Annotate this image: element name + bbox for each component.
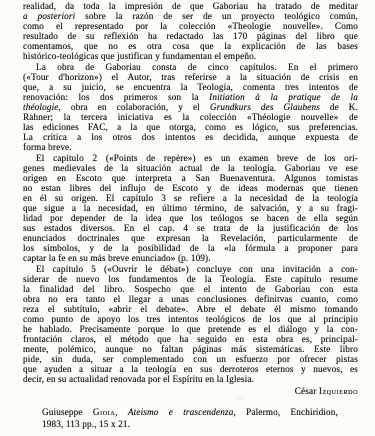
review-paragraph: La obra de Gaboriau consta de cinco capí… — [23, 62, 358, 152]
review-paragraph: El capítulo 2 («Points de repère») es un… — [23, 153, 358, 263]
text-line: captar la fe en su más breve enunciado» … — [23, 253, 358, 263]
italic-run: a posteriori — [23, 11, 75, 21]
text-line: como el representado por la colección «T… — [23, 21, 358, 31]
italic-run: Ateismo e trascendenza — [128, 407, 234, 417]
text-line: El capítulo 2 («Points de repère») es un… — [23, 153, 358, 163]
text-line: a posteriori sobre la razón de ser de un… — [23, 11, 358, 21]
text-line: en él su origen. El capítulo 3 se refier… — [23, 193, 358, 203]
text-line: realidad, da toda la impresión de que Ga… — [23, 1, 358, 11]
text-run: como punto de apoyo los tres intentos te… — [23, 314, 358, 324]
text-run: lidad por depender de la idea que los te… — [23, 213, 358, 223]
text-line: enunciados doctrinales que expresan la R… — [23, 233, 358, 243]
text-run: («Tour d'horizon») el Autor, tras referi… — [23, 72, 358, 82]
text-run: enunciados doctrinales que expresan la R… — [23, 233, 358, 243]
text-line: resultado de su reflexión ha redactado l… — [23, 31, 358, 41]
text-run: origen en Escoto que interpreta a San Bu… — [23, 173, 358, 183]
text-line: La obra de Gaboriau consta de cinco capí… — [23, 62, 358, 72]
text-line: Guiuseppe Gioia, Ateismo e trascendenza,… — [42, 406, 338, 418]
review-paragraph: El capítulo 5 («Ouvrir le débat») conclu… — [23, 264, 358, 384]
text-run: , obra en colaboración, y el — [59, 102, 210, 112]
text-run: El capítulo 5 («Ouvrir le débat») conclu… — [36, 264, 358, 274]
text-run: 1983, 113 pp., 15 x 21. — [42, 419, 130, 429]
text-line: mente, polémico, aunque no faltan página… — [23, 344, 358, 354]
text-run: las ediciones FAC, a la que otorga, como… — [23, 122, 358, 132]
text-run: la finalidad del libro. Sospecho que el … — [23, 284, 358, 294]
text-run: mente, polémico, aunque no faltan página… — [23, 344, 358, 354]
scanned-page: realidad, da toda la impresión de que Ga… — [0, 0, 375, 436]
text-line: obra no era tanto el llegar a unas concl… — [23, 294, 358, 304]
text-line: decir, en su actualidad renovada por el … — [23, 374, 358, 384]
text-line: La crítica a los otros dos intentos es d… — [23, 132, 358, 142]
text-line: genes medievales de la situación actual … — [23, 163, 358, 173]
text-line: comentamos, que no es otra cosa que la e… — [23, 41, 358, 51]
review-body: realidad, da toda la impresión de que Ga… — [23, 1, 358, 384]
text-line: Rahner; la tercera iniciativa es la cole… — [23, 112, 358, 122]
italic-run: théologie — [23, 102, 59, 112]
smallcaps-run: Gioia — [93, 407, 115, 417]
text-run: Guiuseppe — [42, 407, 93, 417]
text-run: siderar de nuevo los fundamentos de la T… — [23, 274, 358, 284]
text-run: comentamos, que no es otra cosa que la e… — [23, 41, 358, 51]
text-line: sus estados diversos. En el cap. 4 se tr… — [23, 223, 358, 233]
text-line: que, a su juicio, se encuentra la Teolog… — [23, 82, 358, 92]
text-line: los símbolos, y de la posibilidad de la … — [23, 243, 358, 253]
text-line: que ayuden a situar a la teología en sus… — [23, 364, 358, 374]
scan-artifact — [236, 397, 244, 400]
text-run: sobre la razón de ser de un proyecto teo… — [75, 11, 358, 21]
text-line: 1983, 113 pp., 15 x 21. — [42, 418, 338, 430]
text-line: siderar de nuevo los fundamentos de la T… — [23, 274, 358, 284]
text-run: resultado de su reflexión ha redactado l… — [23, 31, 358, 41]
text-run: como el representado por la colección «T… — [23, 21, 358, 31]
text-run: , Palermo, Enchiridion, — [234, 407, 339, 417]
text-run: renovación: los dos primeros son la — [23, 92, 209, 102]
smallcaps-run: Izquierdo — [319, 386, 358, 396]
text-run: reza el subtítulo, «abrir el debate». Ab… — [23, 304, 358, 314]
text-run: captar la fe en su más breve enunciado» … — [23, 253, 211, 263]
review-paragraph: realidad, da toda la impresión de que Ga… — [23, 1, 358, 61]
text-run: de K. — [320, 102, 358, 112]
text-run: que, a su juicio, se encuentra la Teolog… — [23, 82, 358, 92]
text-line: El capítulo 5 («Ouvrir le débat») conclu… — [23, 264, 358, 274]
text-run: El capítulo 2 («Points de repère») es un… — [36, 153, 358, 163]
text-line: renovación: los dos primeros son la Init… — [23, 92, 358, 102]
text-run: que sigue a la necesidad, en último térm… — [23, 203, 358, 213]
text-run: frontación claros, el método que ha segu… — [23, 334, 358, 344]
text-run: los símbolos, y de la posibilidad de la … — [23, 243, 358, 253]
text-line: la finalidad del libro. Sospecho que el … — [23, 284, 358, 294]
text-line: las ediciones FAC, a la que otorga, como… — [23, 122, 358, 132]
italic-run: Grundkurs des Glaubens — [210, 102, 320, 112]
text-line: frontación claros, el método que ha segu… — [23, 334, 358, 344]
text-run: en él su origen. El capítulo 3 se refier… — [23, 193, 358, 203]
text-run: Rahner; la tercera iniciativa es la cole… — [23, 112, 358, 122]
text-run: histórico-teológicas que justifican y fu… — [23, 51, 256, 61]
text-line: forma breve. — [23, 142, 358, 152]
italic-run: Initiation à la pratique de la — [209, 92, 358, 102]
text-run: La obra de Gaboriau consta de cinco capí… — [36, 62, 358, 72]
text-line: lidad por depender de la idea que los te… — [23, 213, 358, 223]
text-run: genes medievales de la situación actual … — [23, 163, 358, 173]
text-line: histórico-teológicas que justifican y fu… — [23, 51, 358, 61]
text-line: reza el subtítulo, «abrir el debate». Ab… — [23, 304, 358, 314]
text-run: La crítica a los otros dos intentos es d… — [23, 132, 358, 142]
text-run: forma breve. — [23, 142, 72, 152]
text-line: («Tour d'horizon») el Autor, tras referi… — [23, 72, 358, 82]
text-run: pide, sin duda, ser complementado con un… — [23, 354, 358, 364]
text-run: César — [295, 386, 319, 396]
text-run: que ayuden a situar a la teología en sus… — [23, 364, 358, 374]
text-run: sus estados diversos. En el cap. 4 se tr… — [23, 223, 358, 233]
text-line: théologie, obra en colaboración, y el Gr… — [23, 102, 358, 112]
text-line: que sigue a la necesidad, en último térm… — [23, 203, 358, 213]
text-line: he hablado. Precisamente porque lo que p… — [23, 324, 358, 334]
text-line: no estan libres del influjo de Escoto y … — [23, 183, 358, 193]
text-line: origen en Escoto que interpreta a San Bu… — [23, 173, 358, 183]
text-run: realidad, da toda la impresión de que Ga… — [23, 1, 358, 11]
text-line: pide, sin duda, ser complementado con un… — [23, 354, 358, 364]
reviewer-signature: César Izquierdo — [23, 386, 358, 396]
text-run: obra no era tanto el llegar a unas concl… — [23, 294, 358, 304]
book-citation: Guiuseppe Gioia, Ateismo e trascendenza,… — [42, 406, 338, 430]
text-run: , — [115, 407, 128, 417]
text-run: he hablado. Precisamente porque lo que p… — [23, 324, 358, 334]
text-line: como punto de apoyo los tres intentos te… — [23, 314, 358, 324]
text-run: decir, en su actualidad renovada por el … — [23, 374, 254, 384]
text-run: no estan libres del influjo de Escoto y … — [23, 183, 358, 193]
